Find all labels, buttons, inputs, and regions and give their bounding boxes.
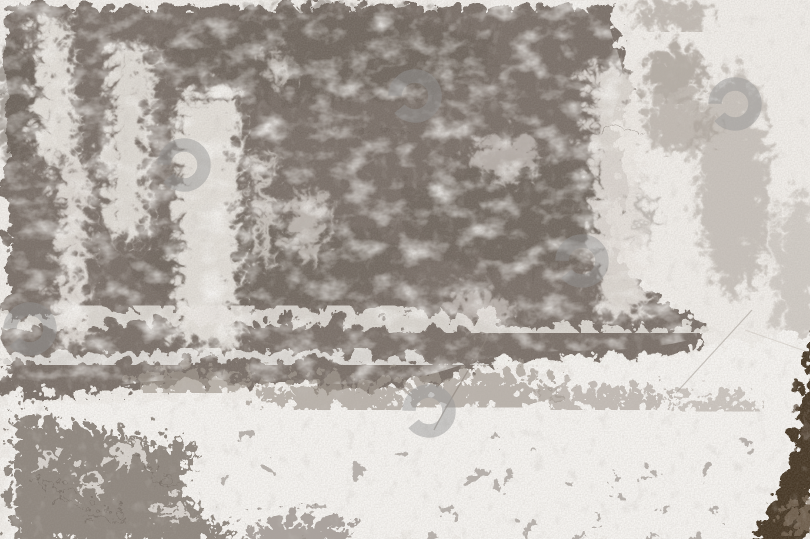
stock-photo	[0, 0, 810, 539]
concrete-texture-image	[0, 0, 810, 539]
